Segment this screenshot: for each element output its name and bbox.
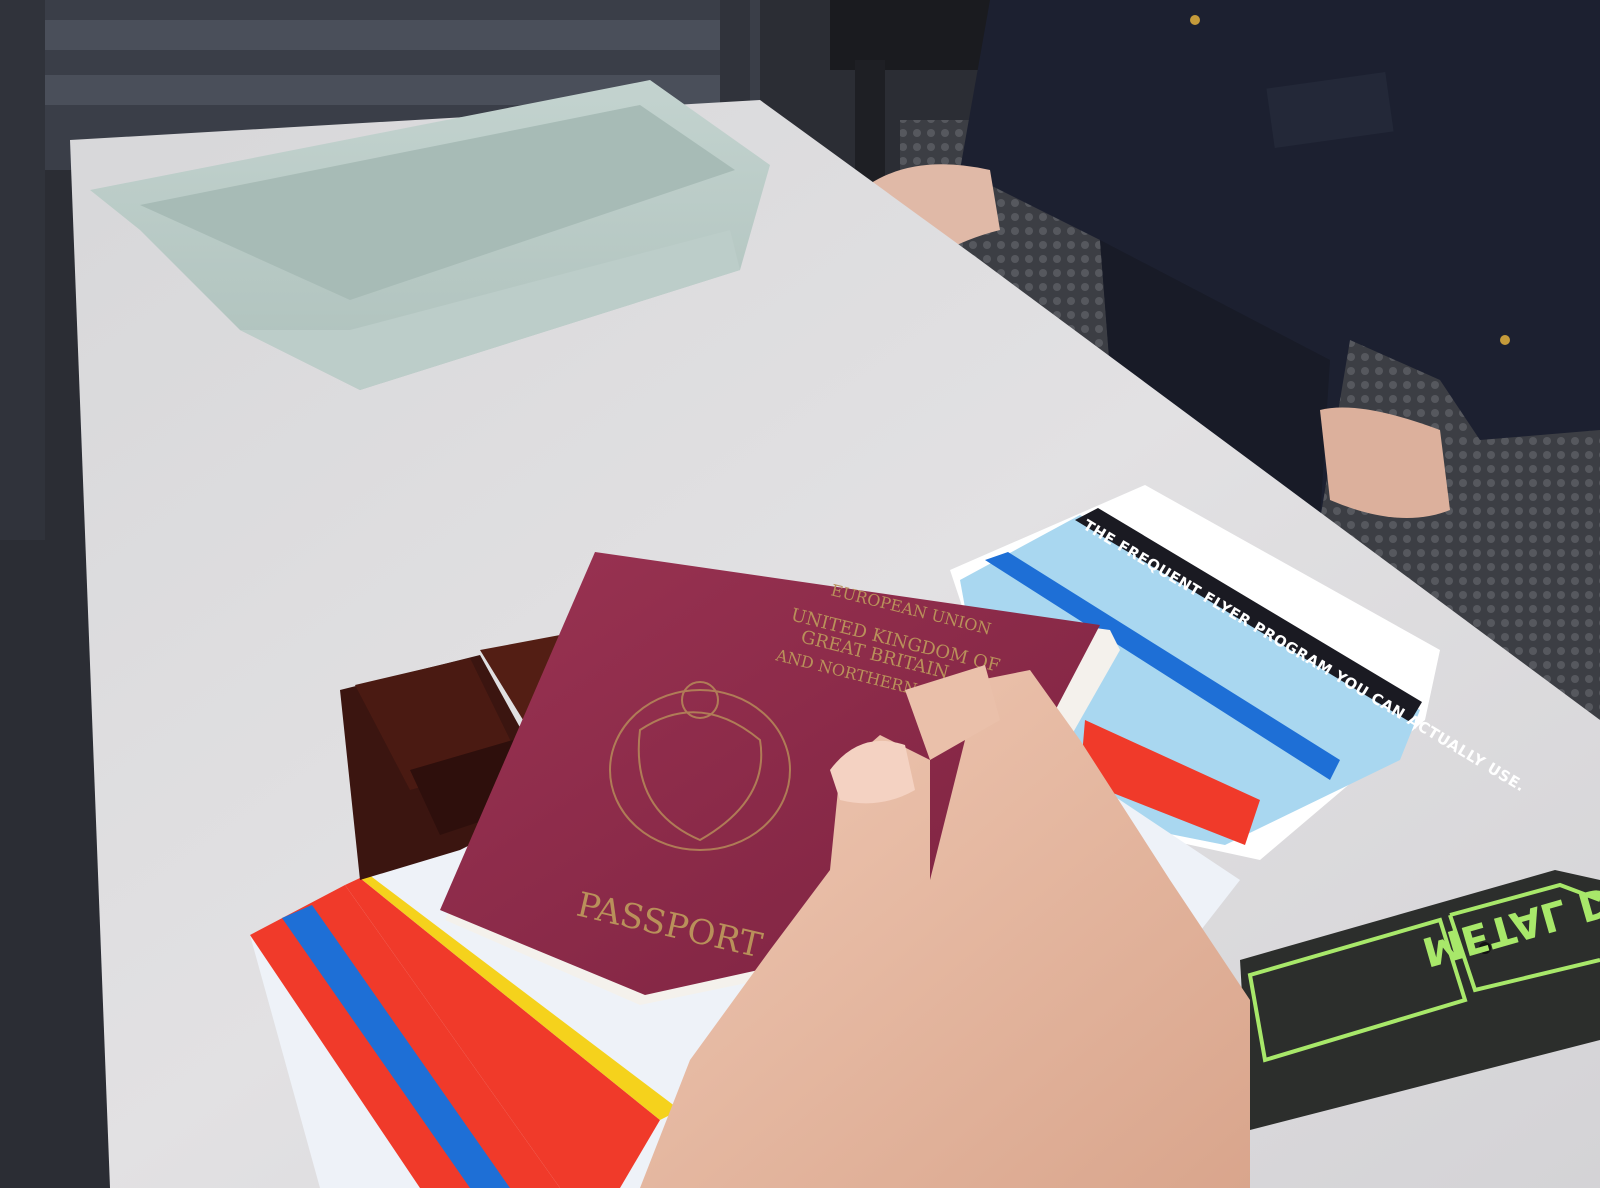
uniform-button-icon bbox=[1500, 335, 1510, 345]
security-checkpoint-photo: THE FREQUENT FLYER PROGRAM YOU CAN ACTUA… bbox=[0, 0, 1600, 1188]
uniform-button-icon bbox=[1190, 15, 1200, 25]
